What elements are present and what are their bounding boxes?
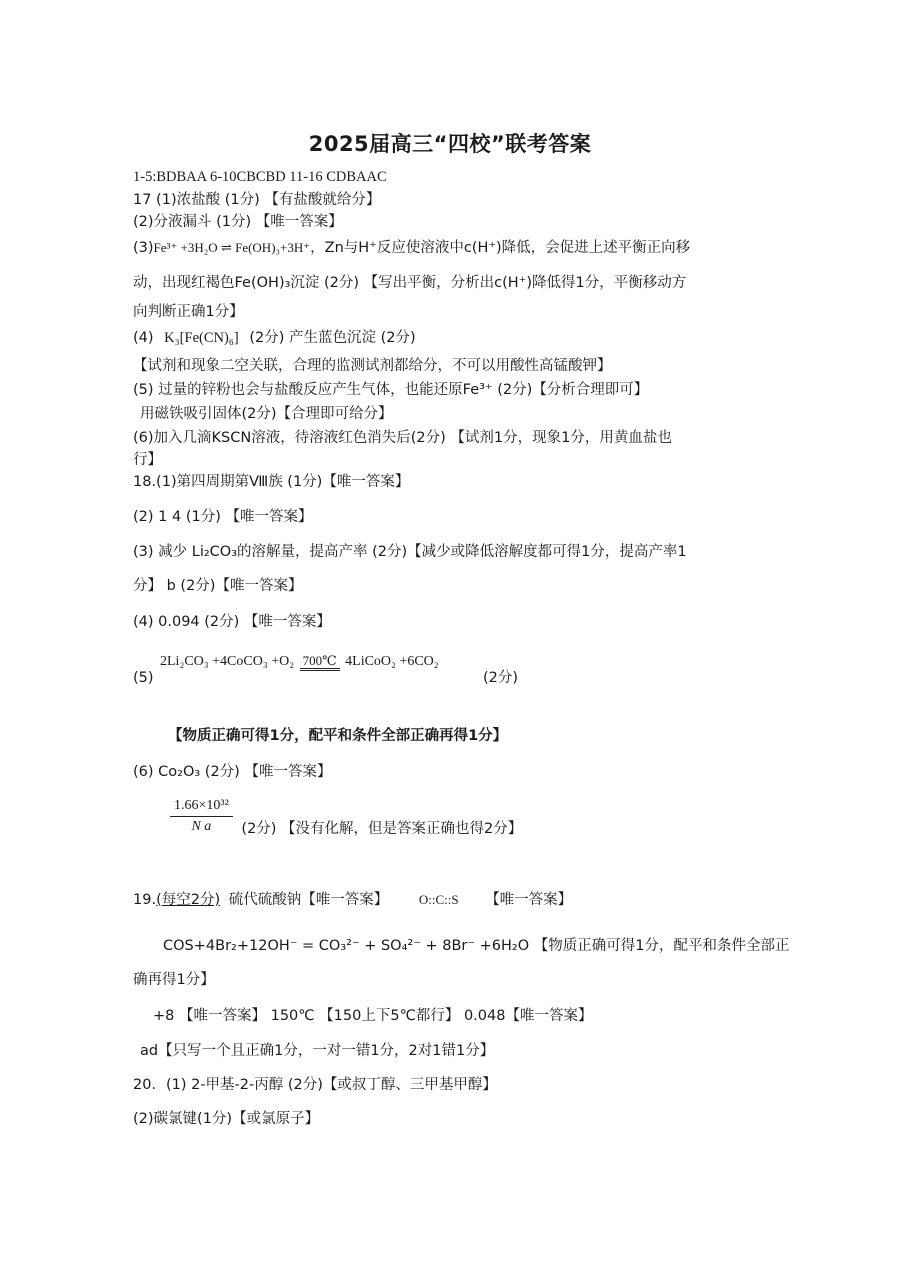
q17-part4-formula: K₃[Fe(CN)₆] — [164, 330, 239, 346]
q17-part3-line1: (3)Fe³⁺ +3H₂O ⇌ Fe(OH)₃+3H⁺，Zn与H⁺反应使溶液中c… — [133, 238, 690, 258]
q19-line1: 19.(每空2分) 硫代硫酸钠【唯一答案】 O::C::S 【唯一答案】 — [133, 890, 572, 910]
q17-part5b: 用磁铁吸引固体(2分)【合理即可给分】 — [140, 404, 393, 424]
q18-part6-note: (2分) 【没有化解，但是答案正确也得2分】 — [241, 821, 522, 837]
q17-part2: (2)分液漏斗 (1分) 【唯一答案】 — [133, 212, 343, 232]
q17-part1: 17 (1)浓盐酸 (1分) 【有盐酸就给分】 — [133, 190, 380, 210]
q18-part5-label: (5) — [133, 668, 154, 688]
q18-part5-condition-arrow: 700℃ — [300, 654, 340, 671]
q17-part4-text: (2分) 产生蓝色沉淀 (2分) — [249, 330, 415, 346]
q17-part3-equation: Fe³⁺ +3H₂O ⇌ Fe(OH)₃+3H⁺ — [154, 240, 311, 255]
q19-line3: +8 【唯一答案】 150℃ 【150上下5℃都行】 0.048【唯一答案】 — [153, 1006, 592, 1026]
q19-line4: ad【只写一个且正确1分，一对一错1分，2对1错1分】 — [140, 1041, 494, 1061]
q18-part3-line2: 分】 b (2分)【唯一答案】 — [133, 576, 302, 596]
q17-part3-line3: 向判断正确1分】 — [133, 302, 244, 322]
q17-part6-line1: (6)加入几滴KSCN溶液，待溶液红色消失后(2分) 【试剂1分，现象1分，用黄… — [133, 428, 672, 448]
q19-answer1: 硫代硫酸钠【唯一答案】 — [229, 892, 389, 908]
q18-part2: (2) 1 4 (1分) 【唯一答案】 — [133, 507, 312, 527]
q17-part3-text-a: ，Zn与H⁺反应使溶液中c(H⁺)降低，会促进上述平衡正向移 — [310, 240, 690, 256]
q18-part5-equation: 2Li₂CO₃ +4CoCO₃ +O₂ 700℃ 4LiCoO₂ +6CO₂ — [160, 652, 439, 672]
q17-part4-note: 【试剂和现象二空关联，合理的监测试剂都给分，不可以用酸性高锰酸钾】 — [133, 356, 612, 376]
q19-electron-formula: O::C::S — [419, 892, 459, 907]
q18-part5-note: 【物质正确可得1分，配平和条件全部正确再得1分】 — [168, 726, 507, 746]
q17-part3-line2: 动，出现红褐色Fe(OH)₃沉淀 (2分) 【写出平衡，分析出c(H⁺)降低得1… — [133, 273, 686, 293]
q20-part2: (2)碳氯键(1分)【或氯原子】 — [133, 1109, 319, 1129]
fraction-numerator: 1.66×10³² — [170, 796, 233, 817]
q18-part5-condition: 700℃ — [300, 654, 340, 671]
q19-equation-line2: 确再得1分】 — [133, 970, 215, 990]
answer-sheet-page: 2025届高三“四校”联考答案 1-5:BDBAA 6-10CBCBD 11-1… — [0, 0, 900, 1272]
fraction-denominator: N a — [170, 817, 233, 837]
q17-part6-line2: 行】 — [133, 450, 162, 470]
q18-part3-line1: (3) 减少 Li₂CO₃的溶解量，提高产率 (2分)【减少或降低溶解度都可得1… — [133, 542, 687, 562]
page-title: 2025届高三“四校”联考答案 — [0, 128, 900, 158]
q18-part4: (4) 0.094 (2分) 【唯一答案】 — [133, 612, 331, 632]
q17-part3-label: (3) — [133, 240, 154, 256]
q19-per-blank: (每空2分) — [156, 892, 220, 908]
q18-part5-products: 4LiCoO₂ +6CO₂ — [345, 654, 439, 669]
q17-part5: (5) 过量的锌粉也会与盐酸反应产生气体，也能还原Fe³⁺ (2分)【分析合理即… — [133, 380, 648, 400]
density-fraction: 1.66×10³² N a — [170, 796, 233, 837]
q18-part5-reactants: 2Li₂CO₃ +4CoCO₃ +O₂ — [160, 654, 294, 669]
q18-part1: 18.(1)第四周期第Ⅷ族 (1分)【唯一答案】 — [133, 472, 409, 492]
q17-part4: (4) K₃[Fe(CN)₆] (2分) 产生蓝色沉淀 (2分) — [133, 328, 416, 348]
q20-part1: 20．(1) 2-甲基-2-丙醇 (2分)【或叔丁醇、三甲基甲醇】 — [133, 1075, 497, 1095]
q18-part6: (6) Co₂O₃ (2分) 【唯一答案】 — [133, 762, 331, 782]
mc-answers: 1-5:BDBAA 6-10CBCBD 11-16 CDBAAC — [133, 167, 387, 187]
q18-part5-score: (2分) — [483, 668, 518, 688]
q19-equation-line1: COS+4Br₂+12OH⁻ = CO₃²⁻ + SO₄²⁻ + 8Br⁻ +6… — [163, 936, 789, 956]
q19-label: 19. — [133, 892, 156, 908]
q17-part4-label: (4) — [133, 330, 154, 346]
q18-part6-density: 1.66×10³² N a (2分) 【没有化解，但是答案正确也得2分】 — [170, 796, 522, 839]
q19-answer2: 【唯一答案】 — [485, 892, 572, 908]
